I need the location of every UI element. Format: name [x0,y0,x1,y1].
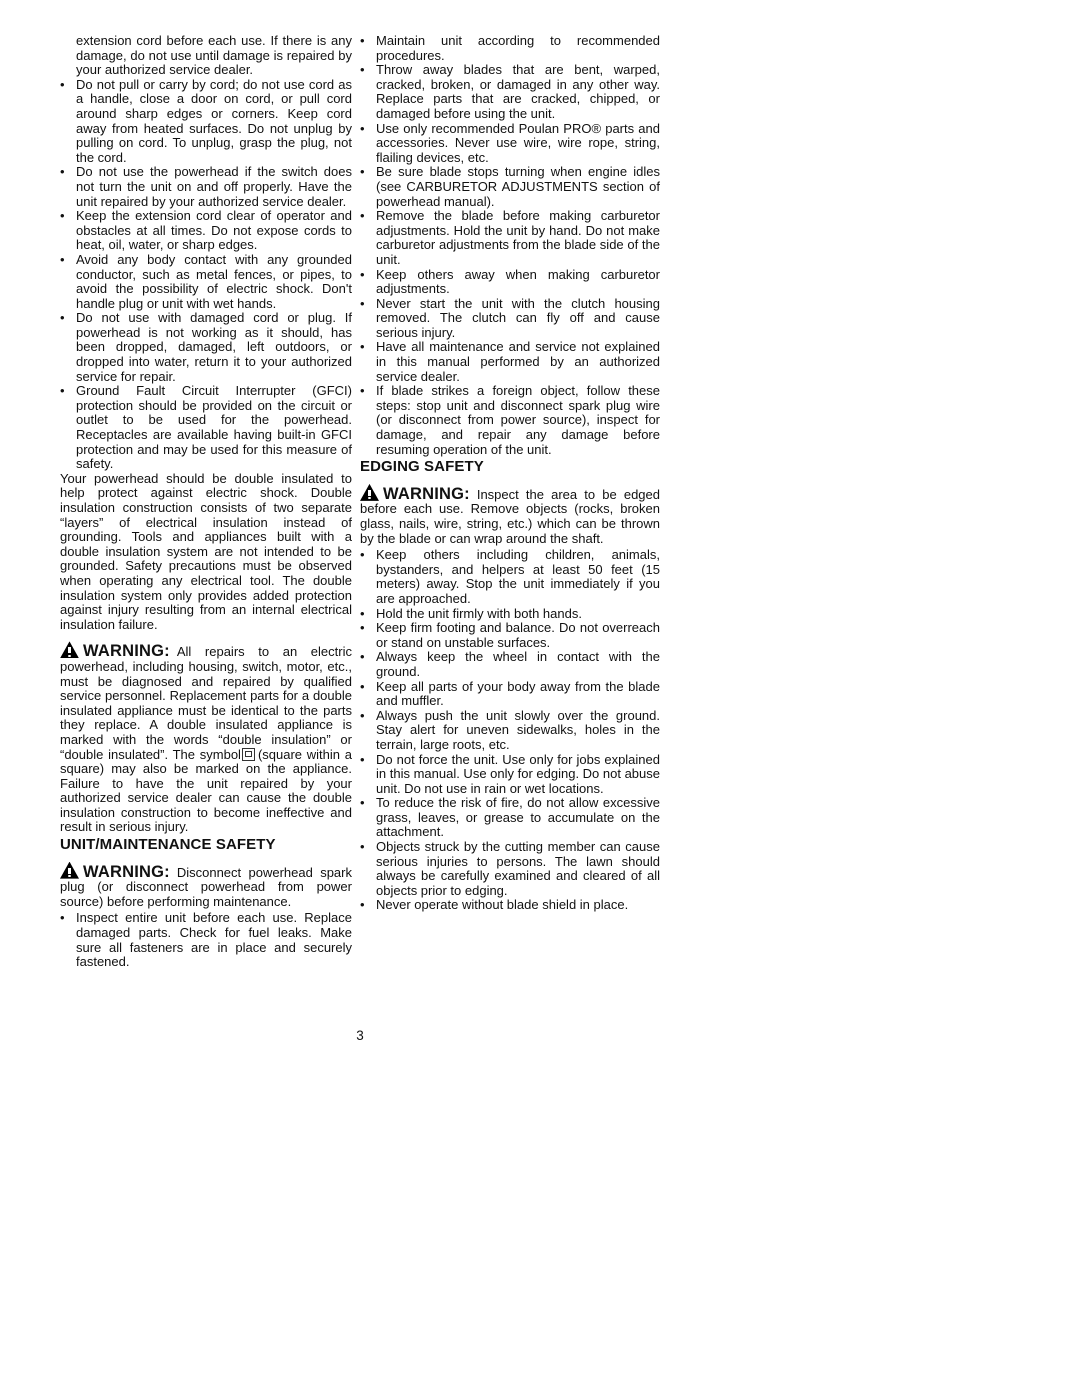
list-item: •Never operate without blade shield in p… [360,898,660,913]
list-item: •Do not pull or carry by cord; do not us… [60,78,352,166]
list-item: •Always keep the wheel in contact with t… [360,650,660,679]
list-item-text: Inspect entire unit before each use. Rep… [76,910,352,969]
page-number: 3 [60,1028,660,1043]
list-item-text: Do not force the unit. Use only for jobs… [376,752,660,796]
list-item-text: Keep all parts of your body away from th… [376,679,660,709]
list-item: •Do not use with damaged cord or plug. I… [60,311,352,384]
bullet-marker: • [60,911,76,926]
list-item: •To reduce the risk of fire, do not allo… [360,796,660,840]
list-item-text: Keep firm footing and balance. Do not ov… [376,620,660,650]
bullet-marker: • [60,253,76,268]
double-insulation-icon [242,748,255,761]
list-item: •Objects struck by the cutting member ca… [360,840,660,898]
bullet-marker: • [360,340,376,355]
list-item: •Keep others away when making carburetor… [360,268,660,297]
continuation-paragraph: extension cord before each use. If there… [60,34,352,78]
list-item: •Ground Fault Circuit Interrupter (GFCI)… [60,384,352,472]
bullet-marker: • [360,753,376,768]
list-item: •Do not force the unit. Use only for job… [360,753,660,797]
list-item-text: Maintain unit according to recommended p… [376,33,660,63]
warning-triangle-icon [60,862,79,879]
bullet-marker: • [60,78,76,93]
bullet-marker: • [360,165,376,180]
list-item: •Always push the unit slowly over the gr… [360,709,660,753]
bullet-marker: • [360,709,376,724]
bullet-marker: • [360,268,376,283]
warning-label: WARNING: [383,485,470,503]
warning-triangle-icon [60,641,79,658]
list-item: •Keep all parts of your body away from t… [360,680,660,709]
warning-disconnect: WARNING:Disconnect powerhead spark plug … [60,862,352,910]
bullet-marker: • [360,122,376,137]
bullet-marker: • [60,311,76,326]
bullet-marker: • [360,680,376,695]
list-item-text: If blade strikes a foreign object, follo… [376,383,660,456]
bullet-marker: • [360,34,376,49]
bullet-marker: • [360,209,376,224]
list-item-text: Have all maintenance and service not exp… [376,339,660,383]
list-item-text: Objects struck by the cutting member can… [376,839,660,898]
list-item-text: Keep others away when making carburetor … [376,267,660,297]
warning-label: WARNING: [83,642,170,660]
list-item: •Use only recommended Poulan PRO® parts … [360,122,660,166]
bullet-marker: • [360,607,376,622]
list-item-text: Always keep the wheel in contact with th… [376,649,660,679]
bullet-marker: • [60,209,76,224]
list-item-text: Keep the extension cord clear of operato… [76,208,352,252]
list-item-text: Never start the unit with the clutch hou… [376,296,660,340]
warning-triangle-icon [360,484,379,501]
double-insulation-paragraph: Your powerhead should be double insulate… [60,472,352,633]
bullet-marker: • [360,384,376,399]
list-item: •Keep others including children, animals… [360,548,660,606]
list-item: •Inspect entire unit before each use. Re… [60,911,352,969]
list-item: •Have all maintenance and service not ex… [360,340,660,384]
list-item: •If blade strikes a foreign object, foll… [360,384,660,457]
right-column: •Maintain unit according to recommended … [360,34,660,970]
bullet-marker: • [360,898,376,913]
bullet-marker: • [360,650,376,665]
list-item: •Hold the unit firmly with both hands. [360,607,660,622]
warning-repairs: WARNING:All repairs to an electric power… [60,641,352,835]
list-item-text: Throw away blades that are bent, warped,… [376,62,660,121]
list-item: •Be sure blade stops turning when engine… [360,165,660,209]
list-item: •Never start the unit with the clutch ho… [360,297,660,341]
bullet-marker: • [360,548,376,563]
warning-edging: WARNING:Inspect the area to be edged bef… [360,484,660,546]
list-item-text: Do not pull or carry by cord; do not use… [76,77,352,165]
bullet-marker: • [60,165,76,180]
section-heading-edging-safety: EDGING SAFETY [360,460,660,475]
left-column: extension cord before each use. If there… [60,34,352,970]
list-item: •Remove the blade before making carburet… [360,209,660,267]
list-item: •Avoid any body contact with any grounde… [60,253,352,311]
list-item-text: Ground Fault Circuit Interrupter (GFCI) … [76,383,352,471]
list-item-text: Hold the unit firmly with both hands. [376,606,582,621]
list-item-text: Be sure blade stops turning when engine … [376,164,660,208]
list-item-text: Do not use with damaged cord or plug. If… [76,310,352,383]
list-item-text: Do not use the powerhead if the switch d… [76,164,352,208]
list-item-text: Never operate without blade shield in pl… [376,897,628,912]
bullet-marker: • [360,840,376,855]
list-item-text: Remove the blade before making carbureto… [376,208,660,267]
list-item-text: Use only recommended Poulan PRO® parts a… [376,121,660,165]
bullet-marker: • [60,384,76,399]
list-item-text: Avoid any body contact with any grounded… [76,252,352,311]
list-item-text: Always push the unit slowly over the gro… [376,708,660,752]
list-item: •Keep the extension cord clear of operat… [60,209,352,253]
warning-text: All repairs to an electric powerhead, in… [60,644,352,761]
manual-page: extension cord before each use. If there… [0,0,1080,1397]
section-heading-unit-maintenance-safety: UNIT/MAINTENANCE SAFETY [60,838,352,853]
list-item: •Maintain unit according to recommended … [360,34,660,63]
bullet-marker: • [360,621,376,636]
list-item: •Do not use the powerhead if the switch … [60,165,352,209]
list-item-text: To reduce the risk of fire, do not allow… [376,795,660,839]
warning-label: WARNING: [83,863,170,881]
list-item: •Throw away blades that are bent, warped… [360,63,660,121]
bullet-marker: • [360,63,376,78]
bullet-marker: • [360,297,376,312]
page-content: extension cord before each use. If there… [60,34,660,970]
list-item: •Keep firm footing and balance. Do not o… [360,621,660,650]
bullet-marker: • [360,796,376,811]
list-item-text: Keep others including children, animals,… [376,547,660,606]
